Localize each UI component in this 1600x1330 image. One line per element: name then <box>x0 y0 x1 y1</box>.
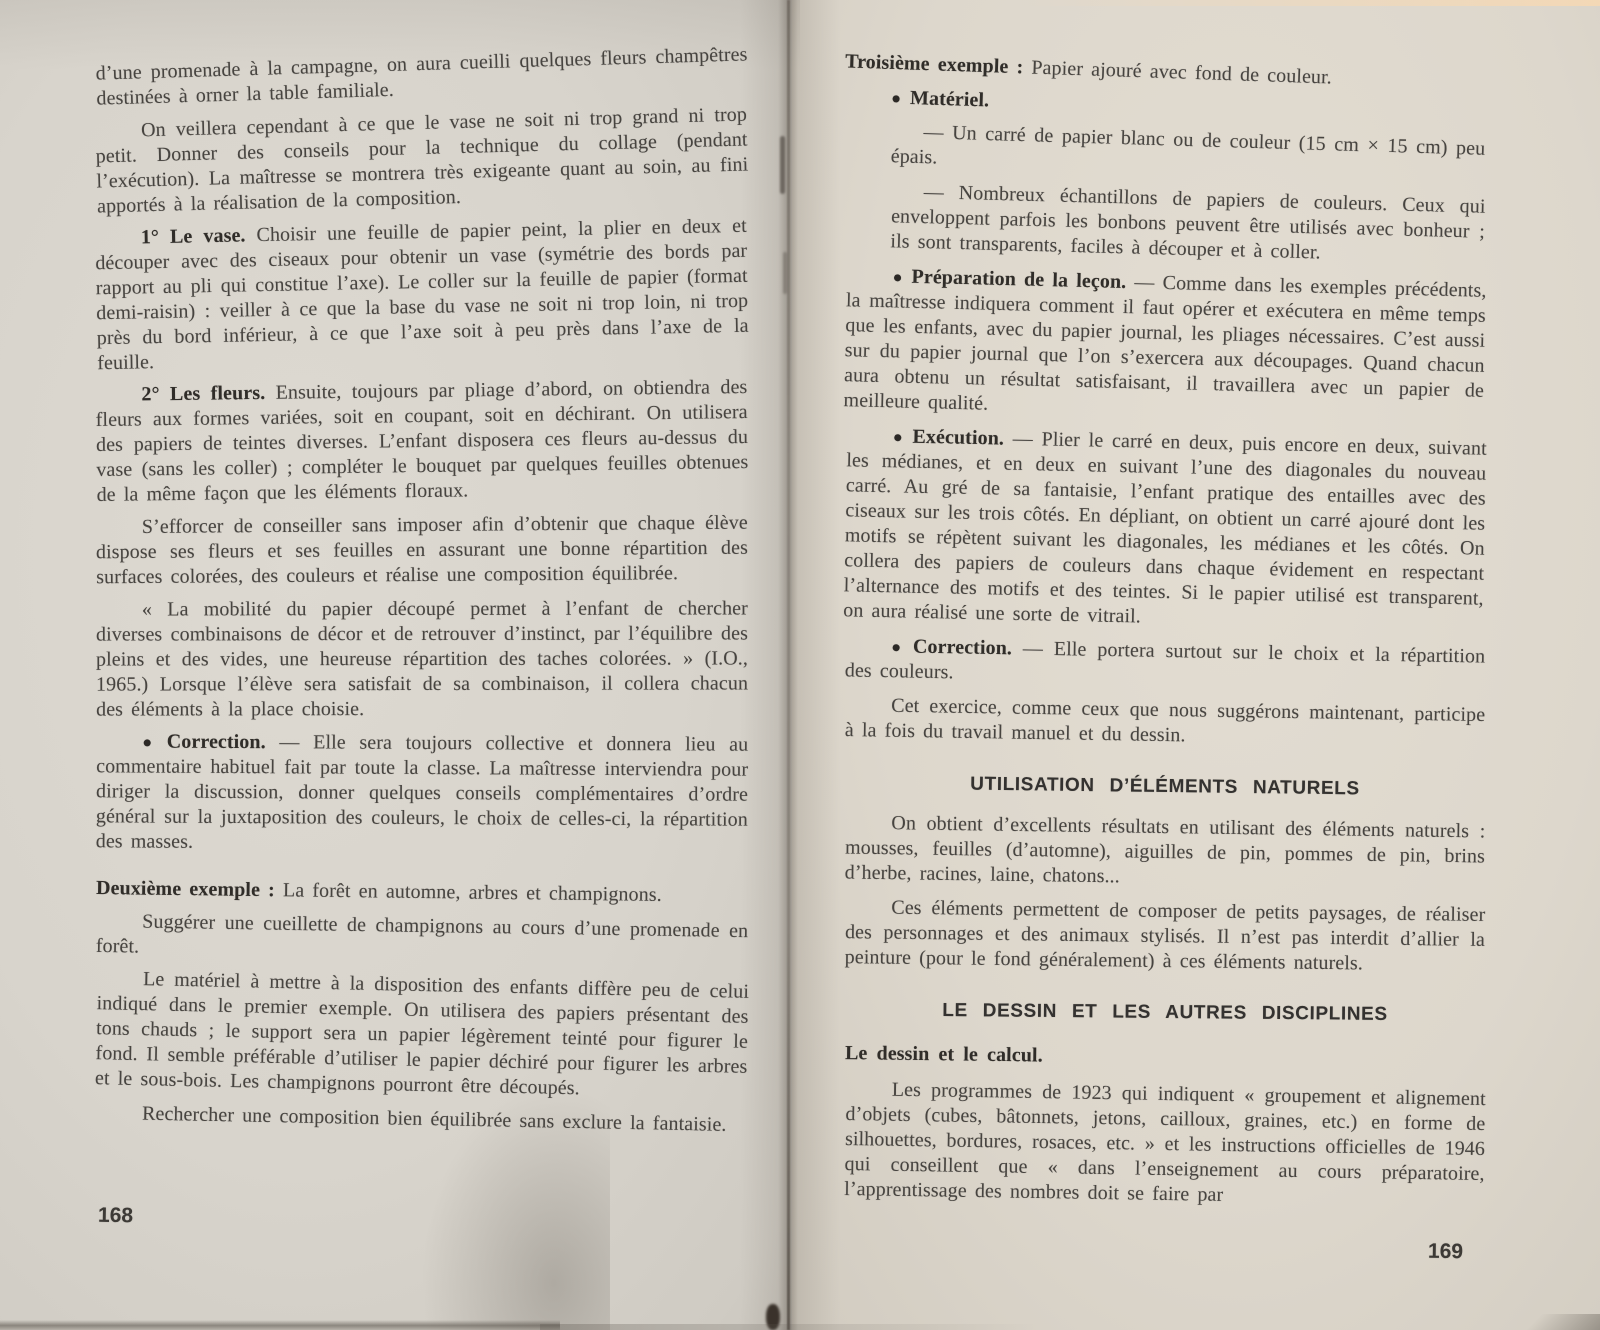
bullet-icon: ● <box>893 427 904 446</box>
paragraph-lead: Préparation de la leçon. <box>911 266 1126 293</box>
paragraph: 1° Le vase. Choisir une feuille de papie… <box>95 214 750 376</box>
bottom-edge-shadow-fade <box>540 1324 1040 1330</box>
left-page-text-column: d’une promenade à la campagne, on aura c… <box>96 52 748 1141</box>
paragraph-text: Les programmes de 1923 qui indiquent « g… <box>844 1079 1486 1206</box>
page-number-left: 168 <box>98 1204 133 1229</box>
paragraph-text: S’efforcer de conseiller sans imposer af… <box>96 512 748 589</box>
paragraph: — Nombreux échantillons de papiers de co… <box>890 179 1486 270</box>
paragraph: Rechercher une composition bien équilibr… <box>96 1101 748 1139</box>
paragraph-lead: Troisième exemple : <box>845 50 1024 78</box>
top-edge-artifact <box>1020 0 1600 6</box>
paragraph-lead: 1° Le vase. <box>141 224 246 248</box>
paragraph-text: — Comme dans les exemples précédents, la… <box>843 271 1486 415</box>
paragraph-text: On veillera cependant à ce que le vase n… <box>95 103 748 217</box>
paragraph-lead: 2° Les fleurs. <box>141 382 265 406</box>
paragraph-text: « La mobilité du papier découpé permet à… <box>96 597 748 720</box>
paragraph-text: Papier ajouré avec fond de couleur. <box>1023 56 1332 88</box>
paragraph: — Un carré de papier blanc ou de couleur… <box>890 119 1485 187</box>
paragraph-text: — Nombreux échantillons de papiers de co… <box>890 181 1486 263</box>
paragraph-lead: Deuxième exemple : <box>96 877 275 901</box>
paragraph: ●Correction. — Elle portera surtout sur … <box>845 633 1486 694</box>
paragraph: Cet exercice, comme ceux que nous suggér… <box>845 693 1486 753</box>
paragraph-text: — Un carré de papier blanc ou de couleur… <box>890 121 1485 168</box>
paragraph: « La mobilité du papier découpé permet à… <box>96 596 748 722</box>
bullet-icon: ● <box>892 267 902 286</box>
paragraph: d’une promenade à la campagne, on aura c… <box>95 42 748 111</box>
section-heading-elements-naturels: UTILISATION D’ÉLÉMENTS NATURELS <box>845 770 1485 803</box>
paragraph-text: — Plier le carré en deux, puis encore en… <box>843 428 1487 628</box>
paragraph-lead: Matériel. <box>910 87 990 111</box>
paragraph-text: d’une promenade à la campagne, on aura c… <box>95 43 747 109</box>
paragraph: ●Exécution. — Plier le carré en deux, pu… <box>843 423 1487 636</box>
bullet-icon: ● <box>891 88 901 107</box>
paragraph: Le matériel à mettre à la disposition de… <box>95 966 749 1105</box>
paragraph-text: Suggérer une cueillette de champignons a… <box>96 911 749 958</box>
paragraph: On obtient d’excellents résultats en uti… <box>845 811 1486 895</box>
paragraph: ●Correction. — Elle sera toujours collec… <box>96 729 749 857</box>
paragraph-lead: Correction. <box>913 636 1012 660</box>
paragraph-text: Le matériel à mettre à la disposition de… <box>95 968 749 1099</box>
paragraph-text: Rechercher une composition bien équilibr… <box>142 1103 727 1136</box>
paragraph-text: Ces éléments permettent de composer de p… <box>845 897 1486 975</box>
paragraph: Ces éléments permettent de composer de p… <box>845 895 1486 978</box>
paragraph: Deuxième exemple : La forêt en automne, … <box>96 876 748 909</box>
page-number-right: 169 <box>1428 1240 1463 1264</box>
subsection-heading-dessin-calcul: Le dessin et le calcul. <box>845 1041 1485 1074</box>
paragraph: Les programmes de 1923 qui indiquent « g… <box>844 1077 1486 1212</box>
bottom-right-corner-shadow <box>1510 1314 1600 1330</box>
paragraph: 2° Les fleurs. Ensuite, toujours par pli… <box>95 375 748 508</box>
spine-mark <box>780 136 785 194</box>
paragraph-lead: Correction. <box>167 731 266 754</box>
right-page-text-column: Troisième exemple : Papier ajouré avec f… <box>845 60 1485 1216</box>
paragraph-text: La forêt en automne, arbres et champigno… <box>275 879 662 906</box>
paragraph: S’efforcer de conseiller sans imposer af… <box>96 511 749 591</box>
paragraph-text: Cet exercice, comme ceux que nous suggér… <box>845 695 1486 747</box>
book-spread-photo: d’une promenade à la campagne, on aura c… <box>0 0 1600 1330</box>
paragraph-lead: Exécution. <box>912 426 1004 450</box>
spine-crease <box>787 0 790 1330</box>
paragraph: On veillera cependant à ce que le vase n… <box>95 102 749 219</box>
section-heading-dessin-disciplines: LE DESSIN ET LES AUTRES DISCIPLINES <box>845 997 1485 1028</box>
bullet-icon: ● <box>142 733 158 752</box>
paragraph-text: On obtient d’excellents résultats en uti… <box>845 812 1486 887</box>
paragraph: Suggérer une cueillette de champignons a… <box>96 909 749 969</box>
spine-mark <box>783 252 787 294</box>
book-gutter-shadow <box>740 0 840 1330</box>
bottom-edge-shadow <box>0 1320 560 1330</box>
paragraph: ●Préparation de la leçon. — Comme dans l… <box>843 263 1486 429</box>
bullet-icon: ● <box>891 637 904 656</box>
